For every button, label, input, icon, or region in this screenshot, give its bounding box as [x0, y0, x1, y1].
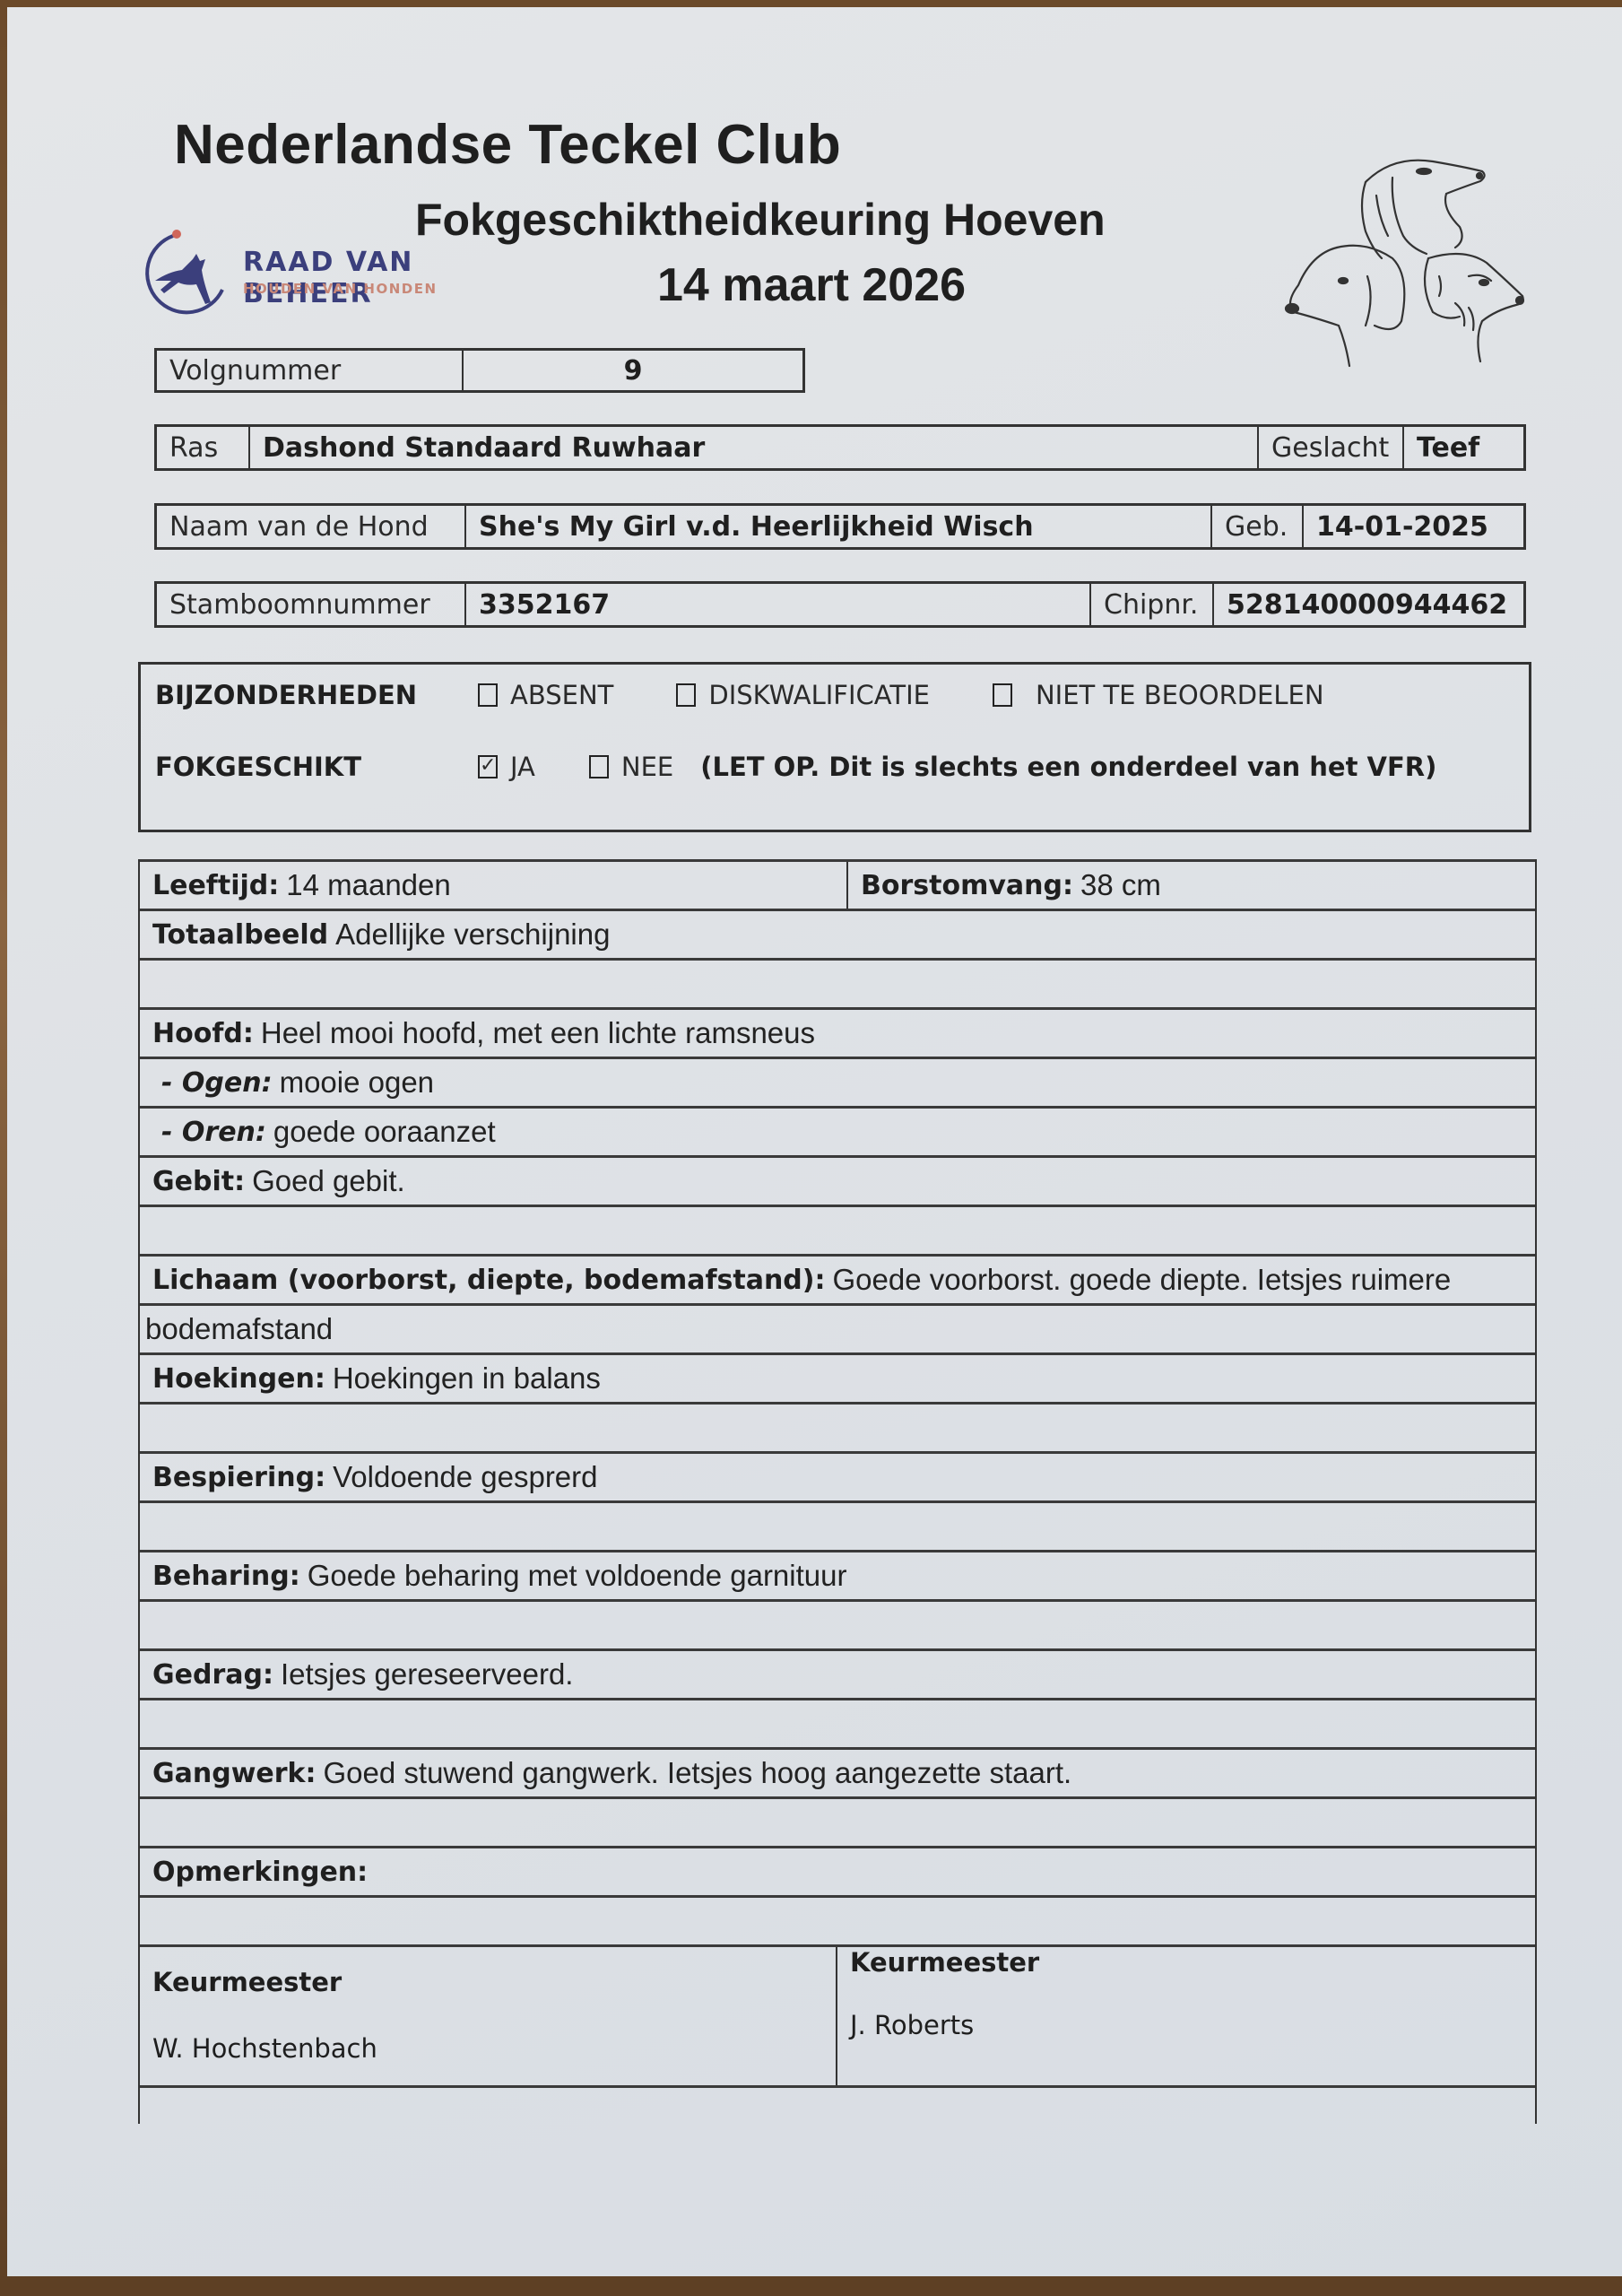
fokgeschikt-row: FOKGESCHIKT ✓JA NEE (LET OP. Dit is slec…	[155, 749, 1436, 785]
chip-label: Chipnr.	[1091, 584, 1214, 625]
gedrag-value: Ietsjes gereseerveerd.	[281, 1657, 574, 1692]
hoofd-label: Hoofd:	[152, 1018, 254, 1049]
eval-row-blank	[140, 1402, 1535, 1451]
checkbox-checked-icon: ✓	[478, 755, 498, 778]
eval-row-gangwerk: Gangwerk: Goed stuwend gangwerk. Ietsjes…	[140, 1747, 1535, 1796]
gebit-label: Gebit:	[152, 1166, 245, 1197]
checkbox-empty-icon	[993, 683, 1012, 707]
checkbox-empty-icon	[589, 755, 609, 778]
volgnummer-row: Volgnummer 9	[154, 348, 805, 393]
ras-row: Ras Dashond Standaard Ruwhaar Geslacht T…	[154, 424, 1526, 471]
ras-label: Ras	[157, 427, 250, 468]
judge-2-name: J. Roberts	[850, 2010, 974, 2040]
eval-row-blank	[140, 1500, 1535, 1550]
eval-row-beharing: Beharing: Goede beharing met voldoende g…	[140, 1550, 1535, 1599]
judge-1-name: W. Hochstenbach	[152, 2033, 377, 2064]
checkbox-nee[interactable]: NEE	[589, 752, 673, 782]
stamboom-row: Stamboomnummer 3352167 Chipnr. 528140000…	[154, 581, 1526, 628]
leaping-dog-circle-icon	[137, 227, 236, 317]
oren-label: - Oren:	[161, 1117, 266, 1148]
leeftijd-value: 14 maanden	[286, 868, 450, 902]
ras-value: Dashond Standaard Ruwhaar	[250, 427, 1259, 468]
eval-row-lichaam: Lichaam (voorborst, diepte, bodemafstand…	[140, 1254, 1535, 1303]
geb-label: Geb.	[1212, 506, 1304, 547]
volgnummer-value: 9	[464, 351, 802, 390]
lichaam-label: Lichaam (voorborst, diepte, bodemafstand…	[152, 1265, 825, 1296]
geslacht-value: Teef	[1404, 427, 1523, 468]
geslacht-label: Geslacht	[1259, 427, 1404, 468]
club-title: Nederlandse Teckel Club	[174, 113, 841, 177]
checkbox-diskwalificatie[interactable]: DISKWALIFICATIE	[676, 680, 930, 710]
eval-row-gedrag: Gedrag: Ietsjes gereseerveerd.	[140, 1648, 1535, 1698]
checkbox-niet-te-beoordelen[interactable]: NIET TE BEOORDELEN	[993, 680, 1324, 710]
logo-tagline: HOUDEN VAN HONDEN	[243, 281, 438, 297]
logo-name: RAAD VAN BEHEER	[243, 247, 532, 309]
event-date: 14 maart 2026	[657, 258, 966, 312]
gangwerk-label: Gangwerk:	[152, 1758, 317, 1789]
fokgeschikt-note: (LET OP. Dit is slechts een onderdeel va…	[700, 752, 1436, 782]
lichaam-continuation: bodemafstand	[145, 1312, 333, 1346]
leeftijd-label: Leeftijd:	[152, 870, 279, 901]
eval-row-gebit: Gebit: Goed gebit.	[140, 1155, 1535, 1205]
volgnummer-label: Volgnummer	[157, 351, 464, 390]
naam-row: Naam van de Hond She's My Girl v.d. Heer…	[154, 503, 1526, 550]
eval-row-blank	[140, 1698, 1535, 1747]
oren-value: goede ooraanzet	[273, 1115, 496, 1149]
borstomvang-value: 38 cm	[1080, 868, 1161, 902]
chip-value: 528140000944462	[1214, 584, 1523, 625]
naam-value: She's My Girl v.d. Heerlijkheid Wisch	[466, 506, 1212, 547]
bijzonderheden-label: BIJZONDERHEDEN	[155, 680, 478, 710]
checkbox-absent[interactable]: ABSENT	[478, 680, 613, 710]
judge-2: Keurmeester J. Roberts	[837, 1947, 1535, 2085]
special-section: BIJZONDERHEDEN ABSENT DISKWALIFICATIE NI…	[138, 662, 1531, 832]
eval-row-leeftijd: Leeftijd: 14 maanden Borstomvang: 38 cm	[140, 859, 1535, 909]
eval-row-blank	[140, 1599, 1535, 1648]
gedrag-label: Gedrag:	[152, 1659, 273, 1691]
totaalbeeld-label: Totaalbeeld	[152, 919, 328, 951]
eval-row-blank	[140, 1895, 1535, 1944]
bijzonderheden-row: BIJZONDERHEDEN ABSENT DISKWALIFICATIE NI…	[155, 677, 1378, 713]
eval-row-hoekingen: Hoekingen: Hoekingen in balans	[140, 1352, 1535, 1402]
judge-1-label: Keurmeester	[152, 1967, 342, 1997]
evaluation-table: Leeftijd: 14 maanden Borstomvang: 38 cm …	[138, 859, 1537, 2124]
eval-row-blank	[140, 1796, 1535, 1846]
fokgeschikt-label: FOKGESCHIKT	[155, 752, 478, 782]
eval-row-totaalbeeld: Totaalbeeld Adellijke verschijning	[140, 909, 1535, 958]
eval-row-hoofd: Hoofd: Heel mooi hoofd, met een lichte r…	[140, 1007, 1535, 1057]
checkbox-empty-icon	[478, 683, 498, 707]
checkbox-empty-icon	[676, 683, 696, 707]
checkbox-ja[interactable]: ✓JA	[478, 752, 535, 782]
judge-1: Keurmeester W. Hochstenbach	[140, 1947, 837, 2085]
geb-value: 14-01-2025	[1304, 506, 1523, 547]
eval-row-opmerkingen: Opmerkingen:	[140, 1846, 1535, 1895]
eval-row-blank	[140, 958, 1535, 1007]
naam-label: Naam van de Hond	[157, 506, 466, 547]
gangwerk-value: Goed stuwend gangwerk. Ietsjes hoog aang…	[324, 1756, 1072, 1790]
stamboom-label: Stamboomnummer	[157, 584, 466, 625]
opmerkingen-label: Opmerkingen:	[152, 1857, 368, 1888]
bespiering-value: Voldoende gesprerd	[333, 1460, 597, 1494]
dachshund-heads-icon	[1276, 142, 1531, 370]
beharing-value: Goede beharing met voldoende garnituur	[308, 1559, 847, 1593]
eval-row-lichaam-cont: bodemafstand	[140, 1303, 1535, 1352]
raad-van-beheer-logo: RAAD VAN BEHEER HOUDEN VAN HONDEN	[137, 227, 532, 317]
judges-section: Keurmeester W. Hochstenbach Keurmeester …	[140, 1944, 1535, 2088]
eval-row-oren: - Oren: goede ooraanzet	[140, 1106, 1535, 1155]
form-page: Nederlandse Teckel Club Fokgeschiktheidk…	[7, 7, 1622, 2276]
ogen-label: - Ogen:	[161, 1067, 273, 1099]
bespiering-label: Bespiering:	[152, 1462, 325, 1493]
borstomvang-label: Borstomvang:	[861, 870, 1073, 901]
judge-2-label: Keurmeester	[850, 1947, 1039, 1978]
hoofd-value: Heel mooi hoofd, met een lichte ramsneus	[261, 1016, 815, 1050]
beharing-label: Beharing:	[152, 1561, 300, 1592]
totaalbeeld-value: Adellijke verschijning	[335, 918, 610, 952]
ogen-value: mooie ogen	[280, 1065, 434, 1100]
lichaam-value: Goede voorborst. goede diepte. Ietsjes r…	[832, 1263, 1451, 1297]
eval-row-ogen: - Ogen: mooie ogen	[140, 1057, 1535, 1106]
eval-row-blank	[140, 1205, 1535, 1254]
hoekingen-label: Hoekingen:	[152, 1363, 325, 1395]
gebit-value: Goed gebit.	[252, 1164, 405, 1198]
stamboom-value: 3352167	[466, 584, 1091, 625]
hoekingen-value: Hoekingen in balans	[333, 1361, 601, 1396]
eval-row-bespiering: Bespiering: Voldoende gesprerd	[140, 1451, 1535, 1500]
